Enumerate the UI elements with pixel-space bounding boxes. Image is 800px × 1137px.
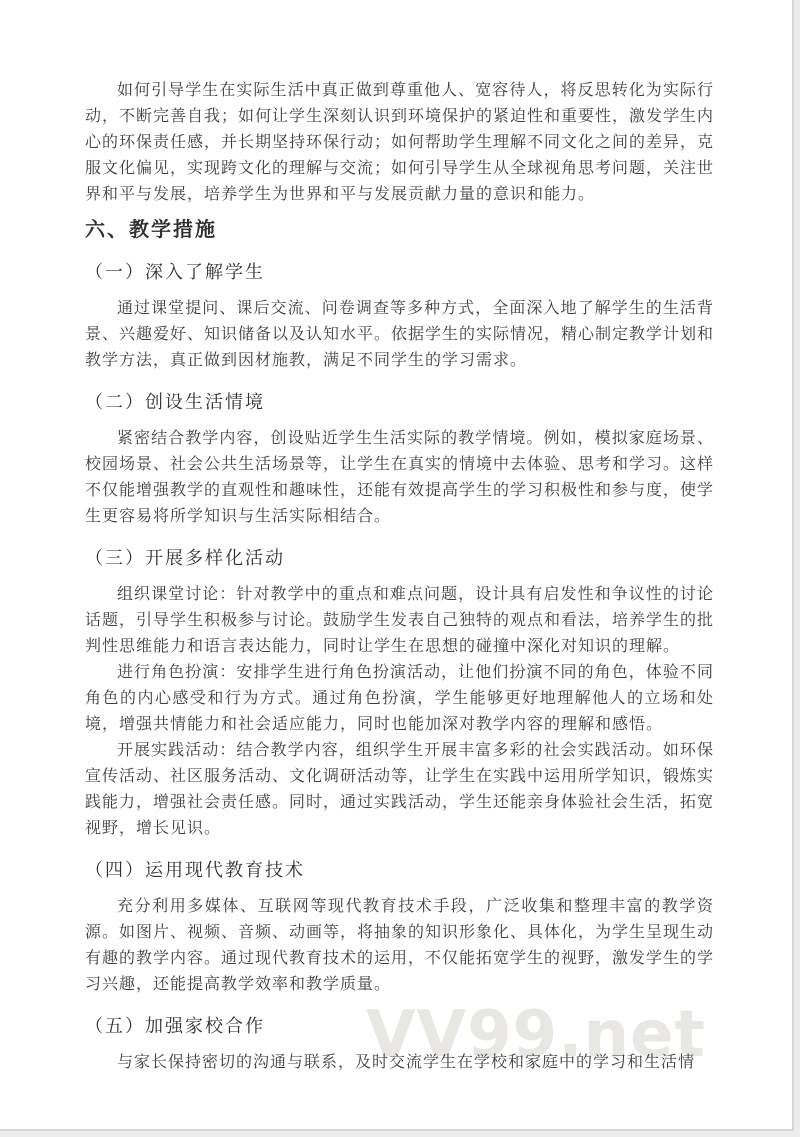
subsection-heading: （五）加强家校合作 [85,1013,714,1039]
subsection: （四）运用现代教育技术 充分利用多媒体、互联网等现代教育技术手段，广泛收集和整理… [85,857,714,998]
subsection-heading: （一）深入了解学生 [85,259,714,285]
subsection: （二）创设生活情境 紧密结合教学内容，创设贴近学生生活实际的教学情境。例如，模拟… [85,389,714,530]
subsection-paragraphs: 充分利用多媒体、互联网等现代教育技术手段，广泛收集和整理丰富的教学资源。如图片、… [85,894,714,998]
body-paragraph: 组织课堂讨论：针对教学中的重点和难点问题，设计具有启发性和争议性的讨论话题，引导… [85,582,714,660]
document-content: 如何引导学生在实际生活中真正做到尊重他人、宽容待人，将反思转化为实际行动，不断完… [0,0,792,1076]
document-page: VV99.net 如何引导学生在实际生活中真正做到尊重他人、宽容待人，将反思转化… [0,0,794,1131]
body-paragraph: 充分利用多媒体、互联网等现代教育技术手段，广泛收集和整理丰富的教学资源。如图片、… [85,894,714,998]
intro-paragraph: 如何引导学生在实际生活中真正做到尊重他人、宽容待人，将反思转化为实际行动，不断完… [85,78,714,208]
subsection-paragraphs: 紧密结合教学内容，创设贴近学生生活实际的教学情境。例如，模拟家庭场景、校园场景、… [85,426,714,530]
section-heading: 六、教学措施 [85,216,714,244]
body-paragraph: 开展实践活动：结合教学内容，组织学生开展丰富多彩的社会实践活动。如环保宣传活动、… [85,738,714,842]
subsection-paragraphs: 通过课堂提问、课后交流、问卷调查等多种方式，全面深入地了解学生的生活背景、兴趣爱… [85,296,714,374]
subsection-heading: （二）创设生活情境 [85,389,714,415]
subsection-paragraphs: 组织课堂讨论：针对教学中的重点和难点问题，设计具有启发性和争议性的讨论话题，引导… [85,582,714,842]
subsection: （五）加强家校合作 与家长保持密切的沟通与联系，及时交流学生在学校和家庭中的学习… [85,1013,714,1076]
body-paragraph: 进行角色扮演：安排学生进行角色扮演活动，让他们扮演不同的角色，体验不同角色的内心… [85,660,714,738]
subsection: （三）开展多样化活动 组织课堂讨论：针对教学中的重点和难点问题，设计具有启发性和… [85,545,714,842]
body-paragraph: 紧密结合教学内容，创设贴近学生生活实际的教学情境。例如，模拟家庭场景、校园场景、… [85,426,714,530]
body-paragraph: 与家长保持密切的沟通与联系，及时交流学生在学校和家庭中的学习和生活情 [85,1050,714,1076]
subsection-paragraphs: 与家长保持密切的沟通与联系，及时交流学生在学校和家庭中的学习和生活情 [85,1050,714,1076]
subsections-container: （一）深入了解学生 通过课堂提问、课后交流、问卷调查等多种方式，全面深入地了解学… [85,259,714,1076]
subsection-heading: （三）开展多样化活动 [85,545,714,571]
body-paragraph: 通过课堂提问、课后交流、问卷调查等多种方式，全面深入地了解学生的生活背景、兴趣爱… [85,296,714,374]
subsection: （一）深入了解学生 通过课堂提问、课后交流、问卷调查等多种方式，全面深入地了解学… [85,259,714,374]
subsection-heading: （四）运用现代教育技术 [85,857,714,883]
